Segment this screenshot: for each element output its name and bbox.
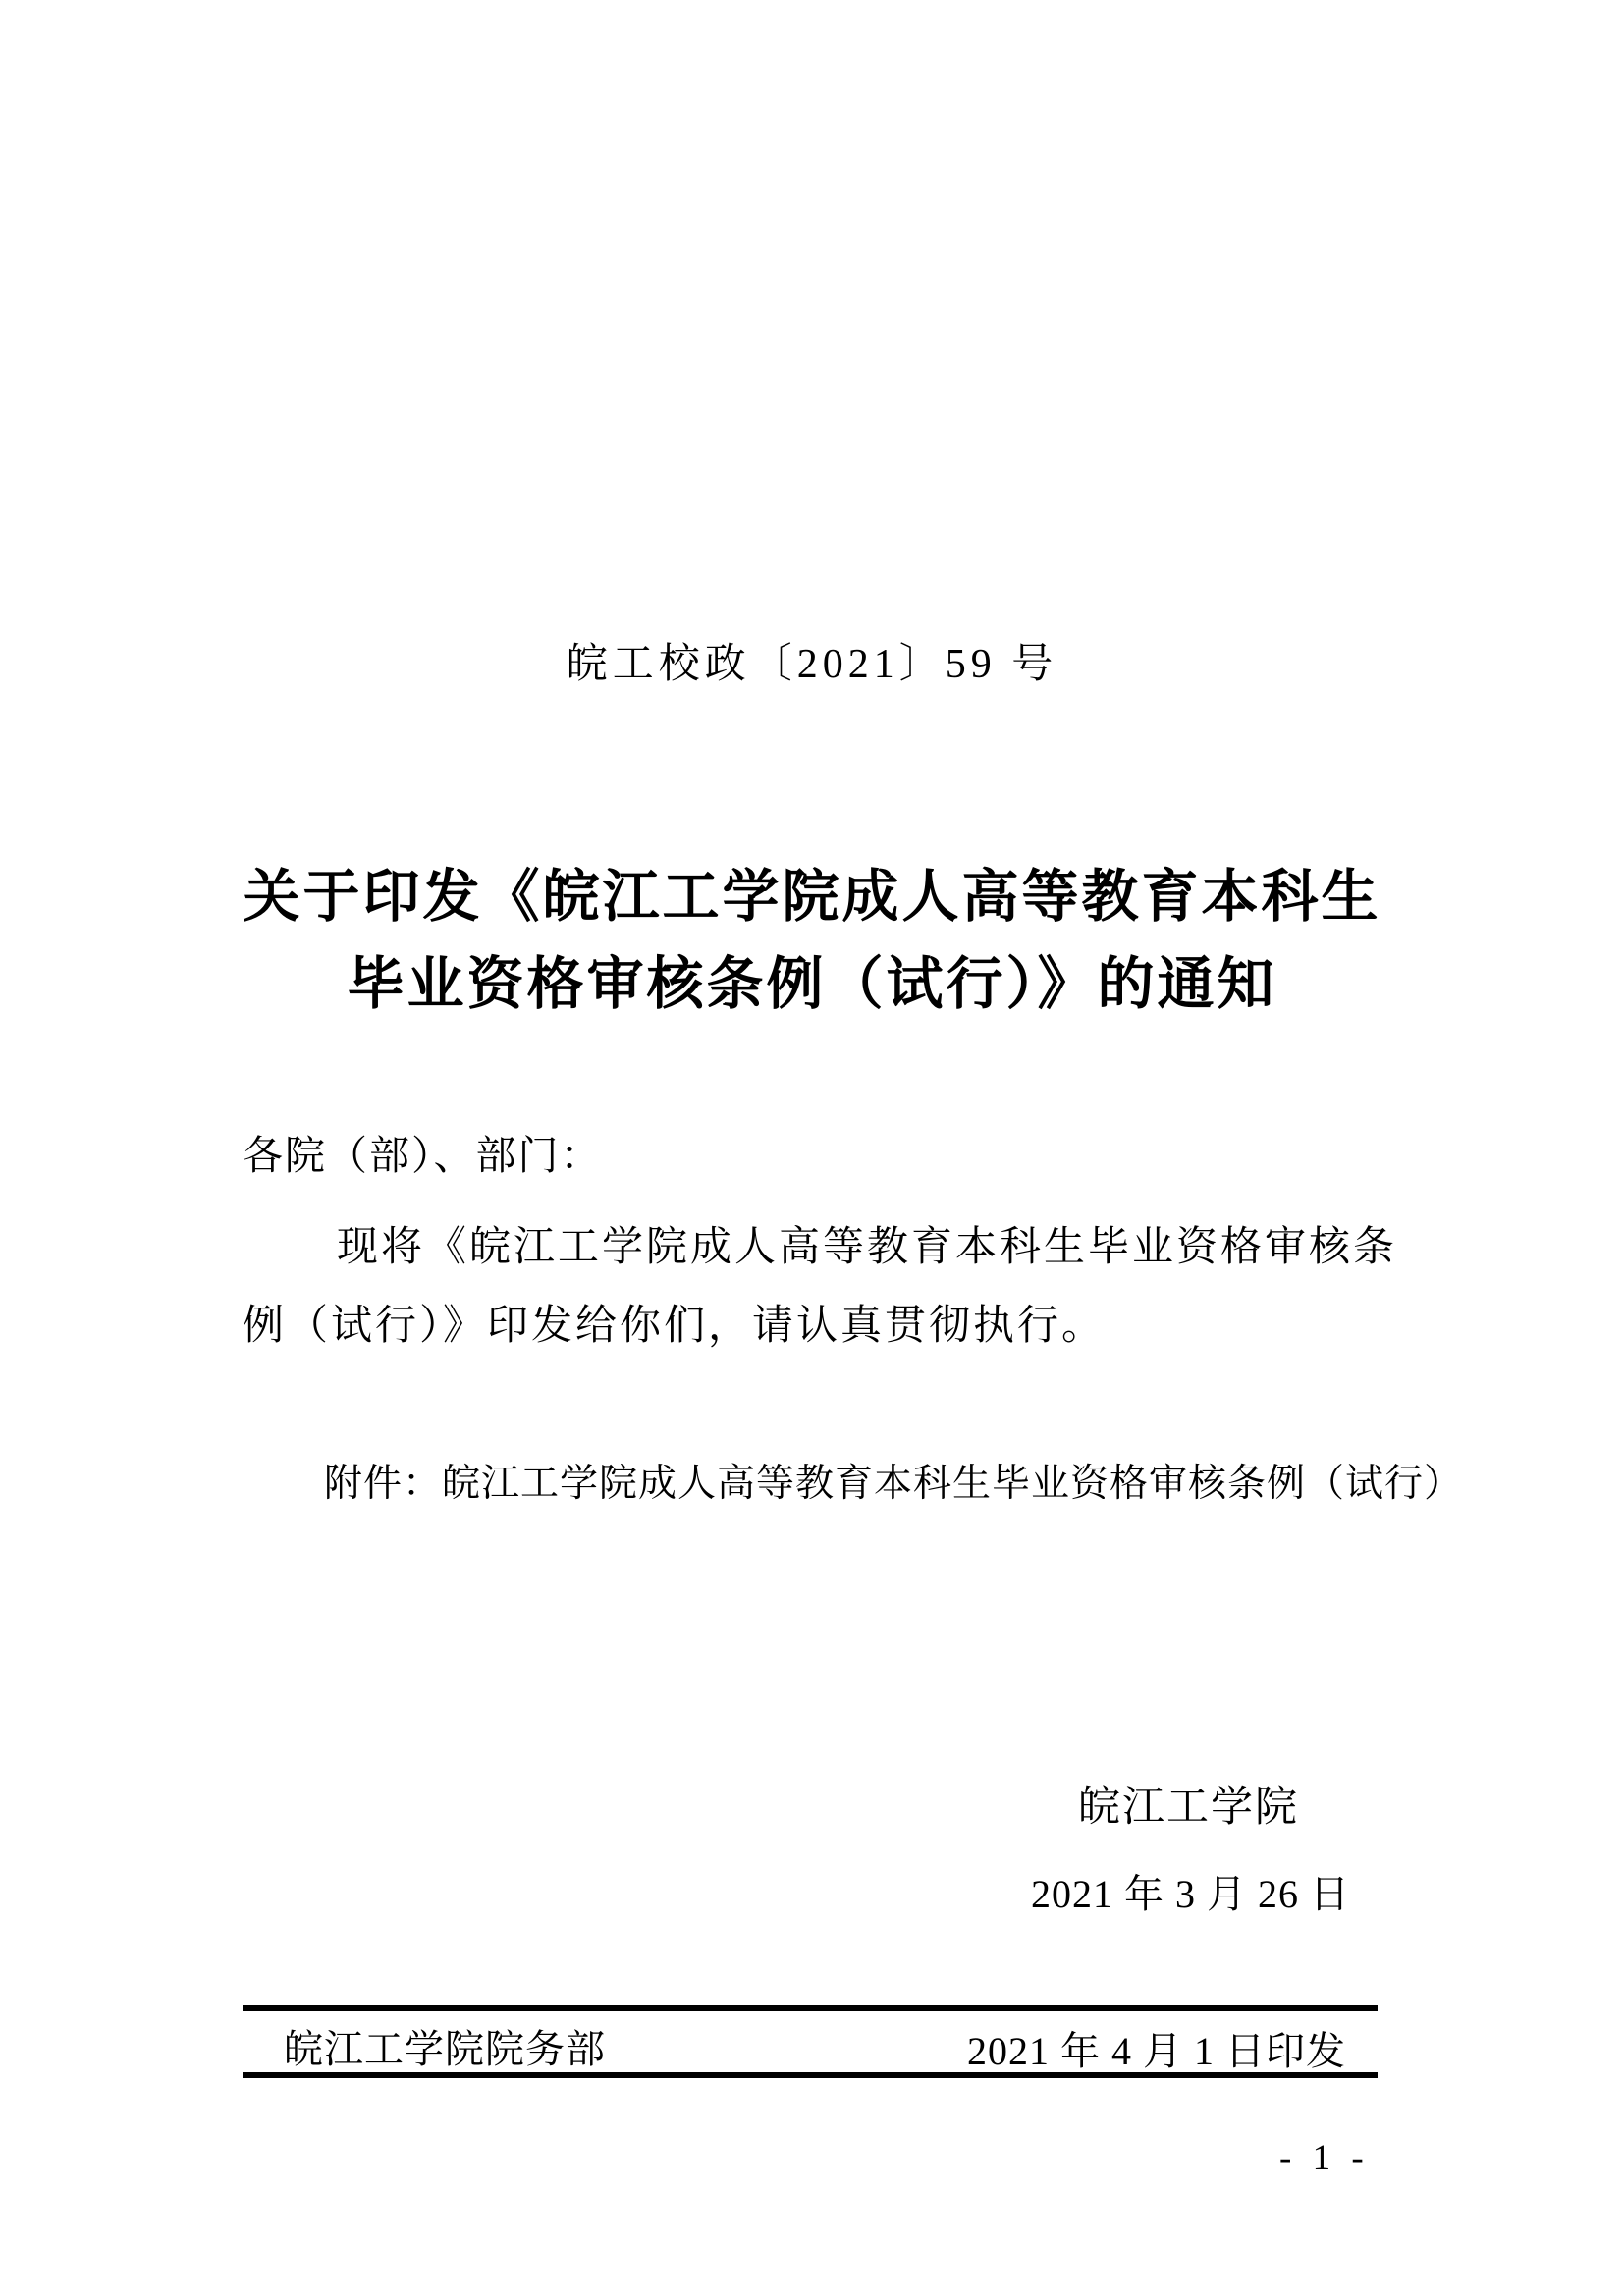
page-number: - 1 - (1279, 2140, 1370, 2176)
footer-issuing-department: 皖江工学院院务部 (284, 2030, 606, 2069)
footer-bottom-rule (243, 2072, 1378, 2078)
footer-print-date: 2021 年 4 月 1 日印发 (967, 2032, 1346, 2071)
salutation: 各院（部）、部门： (243, 1136, 603, 1176)
signature-date: 2021 年 3 月 26 日 (1031, 1875, 1350, 1914)
doc-number: 皖工校政〔2021〕59 号 (0, 644, 1624, 685)
document-title-line-2: 毕业资格审核条例（试行）》的通知 (0, 956, 1624, 1013)
body-paragraph-line-2: 例（试行）》印发给你们，请认真贯彻执行。 (243, 1306, 1106, 1347)
document-title-line-1: 关于印发《皖江工学院成人高等教育本科生 (0, 869, 1624, 926)
signature-signer: 皖江工学院 (1078, 1787, 1299, 1829)
footer-top-rule (243, 2005, 1378, 2011)
attachment-line: 附件：皖江工学院成人高等教育本科生毕业资格审核条例（试行） (324, 1465, 1463, 1503)
document-page: 皖工校政〔2021〕59 号 关于印发《皖江工学院成人高等教育本科生 毕业资格审… (0, 0, 1624, 2296)
body-paragraph-line-1: 现将《皖江工学院成人高等教育本科生毕业资格审核条 (337, 1227, 1397, 1268)
